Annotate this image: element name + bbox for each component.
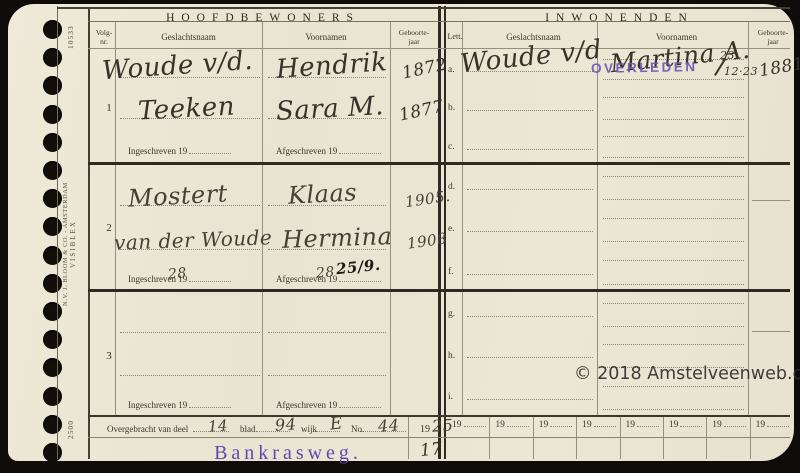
year-column-19: 19 xyxy=(756,420,766,430)
year-column-label: 19 xyxy=(669,419,703,430)
dotted-writing-line xyxy=(603,409,744,410)
year-column-line xyxy=(752,200,790,201)
overleden-date-denominator: 12·23 xyxy=(724,65,758,78)
year-column-19: 19 xyxy=(539,420,549,430)
col-volgnr: Volg- nr. xyxy=(90,29,118,46)
year-column-label: 19 xyxy=(756,419,790,430)
year-column-line xyxy=(752,331,790,332)
punch-hole xyxy=(43,161,62,180)
punch-hole xyxy=(43,330,62,349)
inwonende-letter: e. xyxy=(448,224,455,234)
inwonenden-title: INWONENDEN xyxy=(446,12,793,24)
ingeschreven-row3: Ingeschreven 19 xyxy=(128,400,231,410)
register-card: 10533 N.V. J. BLOOM & CO. - AMSTERDAM VI… xyxy=(8,4,794,461)
ingeschreven-label: Ingeschreven 19 xyxy=(128,400,187,410)
year-column-label: 19 xyxy=(582,419,616,430)
dotted-writing-line xyxy=(268,332,386,333)
punch-hole xyxy=(43,302,62,321)
dotted-line xyxy=(594,419,616,427)
form-number: 10533 xyxy=(66,14,82,60)
dotted-writing-line xyxy=(603,157,744,158)
dotted-writing-line xyxy=(603,136,744,137)
inwonende-letter: h. xyxy=(448,351,455,361)
ingeschreven-label: Ingeschreven 19 xyxy=(128,146,187,156)
hw-row1-year-1: 1872 xyxy=(400,55,448,84)
hw-row2-afgeschreven-year: 28 xyxy=(315,264,335,282)
year-column-19: 19 xyxy=(626,420,636,430)
table-line-vertical xyxy=(597,22,598,415)
punch-hole xyxy=(43,76,62,95)
punch-hole xyxy=(43,415,62,434)
col-birthyear-right-line2: jaar xyxy=(767,37,778,46)
dotted-line xyxy=(637,419,659,427)
ingeschreven-row1: Ingeschreven 19 xyxy=(128,146,231,156)
dotted-line xyxy=(189,400,231,408)
afgeschreven-row3: Afgeschreven 19 xyxy=(276,400,381,410)
dotted-writing-line xyxy=(603,386,744,387)
transfer-label: Overgebracht van deel xyxy=(107,424,188,434)
hw-row1-surname-1: Woude v/d. xyxy=(101,46,254,86)
overleden-stamp: OVERLEDEN xyxy=(591,59,698,76)
dotted-line xyxy=(724,419,746,427)
dotted-writing-line xyxy=(603,176,744,177)
dotted-writing-line xyxy=(603,97,744,98)
punch-hole xyxy=(43,246,62,265)
col-birthyear-left: Geboorte- jaar xyxy=(390,29,438,46)
hw-house-number: 17 xyxy=(419,439,444,461)
year-column-19: 19 xyxy=(669,420,679,430)
watermark: © 2018 Amstelveenweb.com xyxy=(574,364,800,384)
dotted-writing-line xyxy=(467,110,593,111)
year-column-label: 19 xyxy=(495,419,529,430)
punch-hole xyxy=(43,105,62,124)
dotted-line xyxy=(680,419,702,427)
dotted-writing-line xyxy=(467,316,593,317)
table-line-vertical xyxy=(462,22,463,415)
dotted-writing-line xyxy=(268,375,386,376)
hw-row2-firstnames-1: Klaas xyxy=(287,178,357,210)
no-label: No. xyxy=(351,424,364,434)
inwonende-letter: g. xyxy=(448,309,455,319)
dotted-writing-line xyxy=(603,326,744,327)
hw-footer-year-value: 25 xyxy=(431,415,454,435)
punch-hole xyxy=(43,133,62,152)
hw-row1-surname-2: Teeken xyxy=(137,91,235,126)
street-stamp: Bankrasweg. xyxy=(168,442,408,465)
table-line-vertical xyxy=(57,6,58,459)
dotted-writing-line xyxy=(467,357,593,358)
dotted-writing-line xyxy=(467,274,593,275)
col-birthyear-left-line2: jaar xyxy=(408,37,419,46)
dotted-writing-line xyxy=(467,231,593,232)
dotted-line xyxy=(189,146,231,154)
row-number-3: 3 xyxy=(97,350,121,362)
hw-row2-surname-2: van der Woude xyxy=(114,225,273,255)
hw-inwonende-a-year: 1881. xyxy=(758,53,800,82)
year-column-label: 19 xyxy=(712,419,746,430)
year-column-label: 19 xyxy=(626,419,660,430)
table-line-horizontal xyxy=(88,162,790,165)
inwonende-letter: c. xyxy=(448,142,455,152)
table-line-horizontal xyxy=(88,289,790,292)
year-column-19: 19 xyxy=(582,420,592,430)
table-line-vertical xyxy=(88,7,90,459)
punch-hole xyxy=(43,217,62,236)
afgeschreven-label: Afgeschreven 19 xyxy=(276,400,337,410)
hw-row2-firstnames-2: Hermina xyxy=(282,222,393,254)
dotted-writing-line xyxy=(603,218,744,219)
footer-year-label: 19 xyxy=(420,424,430,435)
dotted-writing-line xyxy=(120,375,260,376)
dotted-line xyxy=(767,419,789,427)
dotted-writing-line xyxy=(603,119,744,120)
table-line-horizontal xyxy=(57,7,790,9)
printer-imprint: N.V. J. BLOOM & CO. - AMSTERDAM VISIBLEX xyxy=(62,144,86,344)
hw-blad-value: 94 xyxy=(274,414,297,434)
dotted-line xyxy=(550,419,572,427)
print-run: 2500 xyxy=(66,406,82,454)
dotted-writing-line xyxy=(603,344,744,345)
table-line-vertical xyxy=(262,22,263,415)
hw-row1-firstnames-1: Hendrik xyxy=(275,47,388,85)
inwonende-letter: a. xyxy=(448,65,455,75)
brand-name: VISIBLEX xyxy=(69,144,77,344)
hw-row2-ingeschreven-year: 28 xyxy=(167,265,187,283)
dotted-line xyxy=(189,274,231,282)
punch-hole xyxy=(43,189,62,208)
afgeschreven-row1: Afgeschreven 19 xyxy=(276,146,381,156)
table-line-vertical xyxy=(748,22,749,415)
hw-row2-year-2: 1908 xyxy=(406,229,448,252)
dotted-writing-line xyxy=(467,149,593,150)
col-volgnr-line2: nr. xyxy=(100,37,108,46)
dotted-writing-line xyxy=(603,284,744,285)
col-firstnames-left: Voornamen xyxy=(262,32,390,42)
hw-row1-firstnames-2: Sara M. xyxy=(275,91,384,127)
dotted-writing-line xyxy=(603,303,744,304)
punch-hole xyxy=(43,358,62,377)
table-line-horizontal xyxy=(88,437,790,438)
dotted-line xyxy=(464,419,486,427)
printer-name: N.V. J. BLOOM & CO. - AMSTERDAM xyxy=(62,144,69,344)
year-column-19: 19 xyxy=(712,420,722,430)
col-surname-left: Geslachtsnaam xyxy=(115,32,262,42)
dotted-writing-line xyxy=(467,399,593,400)
hw-deel-value: 14 xyxy=(207,416,228,435)
dotted-writing-line xyxy=(120,332,260,333)
table-line-horizontal xyxy=(88,21,790,22)
inwonende-letter: f. xyxy=(448,267,454,277)
wijk-label: wijk xyxy=(301,424,317,434)
dotted-writing-line xyxy=(603,241,744,242)
year-column-19: 19 xyxy=(495,420,505,430)
inwonende-letter: i. xyxy=(448,392,453,402)
blad-label: blad xyxy=(240,424,256,434)
dotted-line xyxy=(339,146,381,154)
dotted-writing-line xyxy=(603,260,744,261)
dotted-line xyxy=(507,419,529,427)
year-column-label: 19 xyxy=(539,419,573,430)
hw-no-value: 44 xyxy=(377,415,400,435)
hw-row2-surname-1: Mostert xyxy=(127,179,228,212)
punch-hole xyxy=(43,387,62,406)
punch-hole xyxy=(43,274,62,293)
dotted-writing-line xyxy=(467,189,593,190)
dotted-writing-line xyxy=(603,79,744,80)
punch-hole xyxy=(43,20,62,39)
punch-hole xyxy=(43,48,62,67)
table-line-vertical xyxy=(390,22,391,415)
punch-hole xyxy=(43,443,62,462)
row-number-1: 1 xyxy=(97,102,121,114)
hw-wijk-value: E xyxy=(329,413,344,434)
hoofdbewoners-title: HOOFDBEWONERS xyxy=(88,12,438,24)
dotted-writing-line xyxy=(603,199,744,200)
afgeschreven-label: Afgeschreven 19 xyxy=(276,146,337,156)
photo-background: 10533 N.V. J. BLOOM & CO. - AMSTERDAM VI… xyxy=(0,0,800,473)
year-column-label: 19 xyxy=(452,419,486,430)
dotted-line xyxy=(339,400,381,408)
inwonende-letter: b. xyxy=(448,103,455,113)
col-birthyear-right: Geboorte- jaar xyxy=(748,29,798,46)
